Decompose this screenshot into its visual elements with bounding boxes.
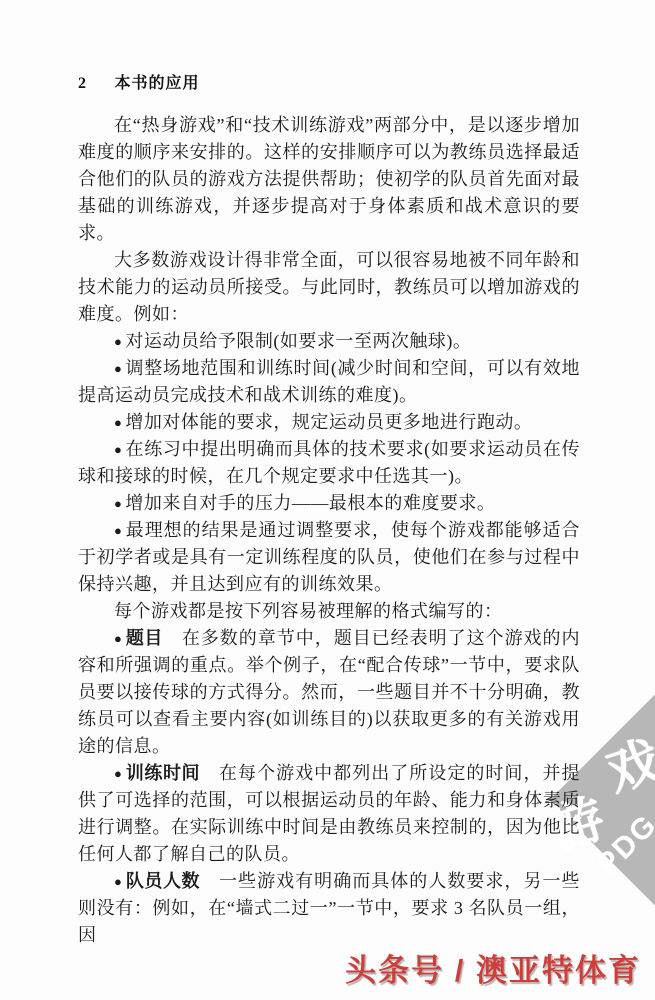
bullet-item: ●增加对体能的要求，规定运动员更多地进行跑动。 [78, 409, 580, 436]
bullet-icon: ● [114, 523, 126, 538]
bullet-item: ●调整场地范围和训练时间(减少时间和空间，可以有效地提高运动员完成技术和战术训练… [78, 355, 580, 409]
bullet-item: ●队员人数 一些游戏有明确而具体的人数要求，另一些则没有：例如，在“墙式二过一”… [78, 868, 580, 949]
page-header: 2 本书的应用 [78, 70, 199, 93]
bullet-icon: ● [114, 442, 126, 457]
body-text: 在“热身游戏”和“技术训练游戏”两部分中，是以逐步增加难度的顺序来安排的。这样的… [78, 112, 580, 949]
paragraph: 每个游戏都是按下列容易被理解的格式编写的： [78, 598, 580, 625]
bullet-item: ●题目 在多数的章节中，题目已经表明了这个游戏的内容和所强调的重点。举个例子，在… [78, 625, 580, 760]
page-number: 2 [78, 75, 87, 93]
paragraph: 大多数游戏设计得非常全面，可以很容易地被不同年龄和技术能力的运动员所接受。与此同… [78, 247, 580, 328]
book-page: 2 本书的应用 在“热身游戏”和“技术训练游戏”两部分中，是以逐步增加难度的顺序… [0, 0, 655, 1000]
bullet-icon: ● [114, 415, 125, 430]
bullet-icon: ● [114, 631, 126, 646]
bullet-term: 队员人数 [126, 871, 200, 891]
bullet-icon: ● [114, 361, 126, 376]
bullet-item: ●最理想的结果是通过调整要求，使每个游戏都能够适合于初学者或是具有一定训练程度的… [78, 517, 580, 598]
bullet-item: ●增加来自对手的压力——最根本的难度要求。 [78, 490, 580, 517]
bullet-icon: ● [114, 874, 126, 889]
running-title: 本书的应用 [114, 75, 199, 92]
bullet-item: ●训练时间 在每个游戏中都列出了所设定的时间，并提供了可选择的范围，可以根据运动… [78, 760, 580, 868]
bullet-item: ●对运动员给予限制(如要求一至两次触球)。 [78, 328, 580, 355]
bullet-icon: ● [114, 766, 126, 781]
footer-branding: 头条号 / 澳亚特体育 [345, 945, 641, 990]
bullet-icon: ● [114, 496, 125, 511]
paragraph: 在“热身游戏”和“技术训练游戏”两部分中，是以逐步增加难度的顺序来安排的。这样的… [78, 112, 580, 247]
bullet-term: 训练时间 [126, 763, 200, 783]
bullet-icon: ● [114, 334, 125, 349]
bullet-term: 题目 [126, 628, 163, 648]
bullet-item: ●在练习中提出明确而具体的技术要求(如要求运动员在传球和接球的时候，在几个规定要… [78, 436, 580, 490]
